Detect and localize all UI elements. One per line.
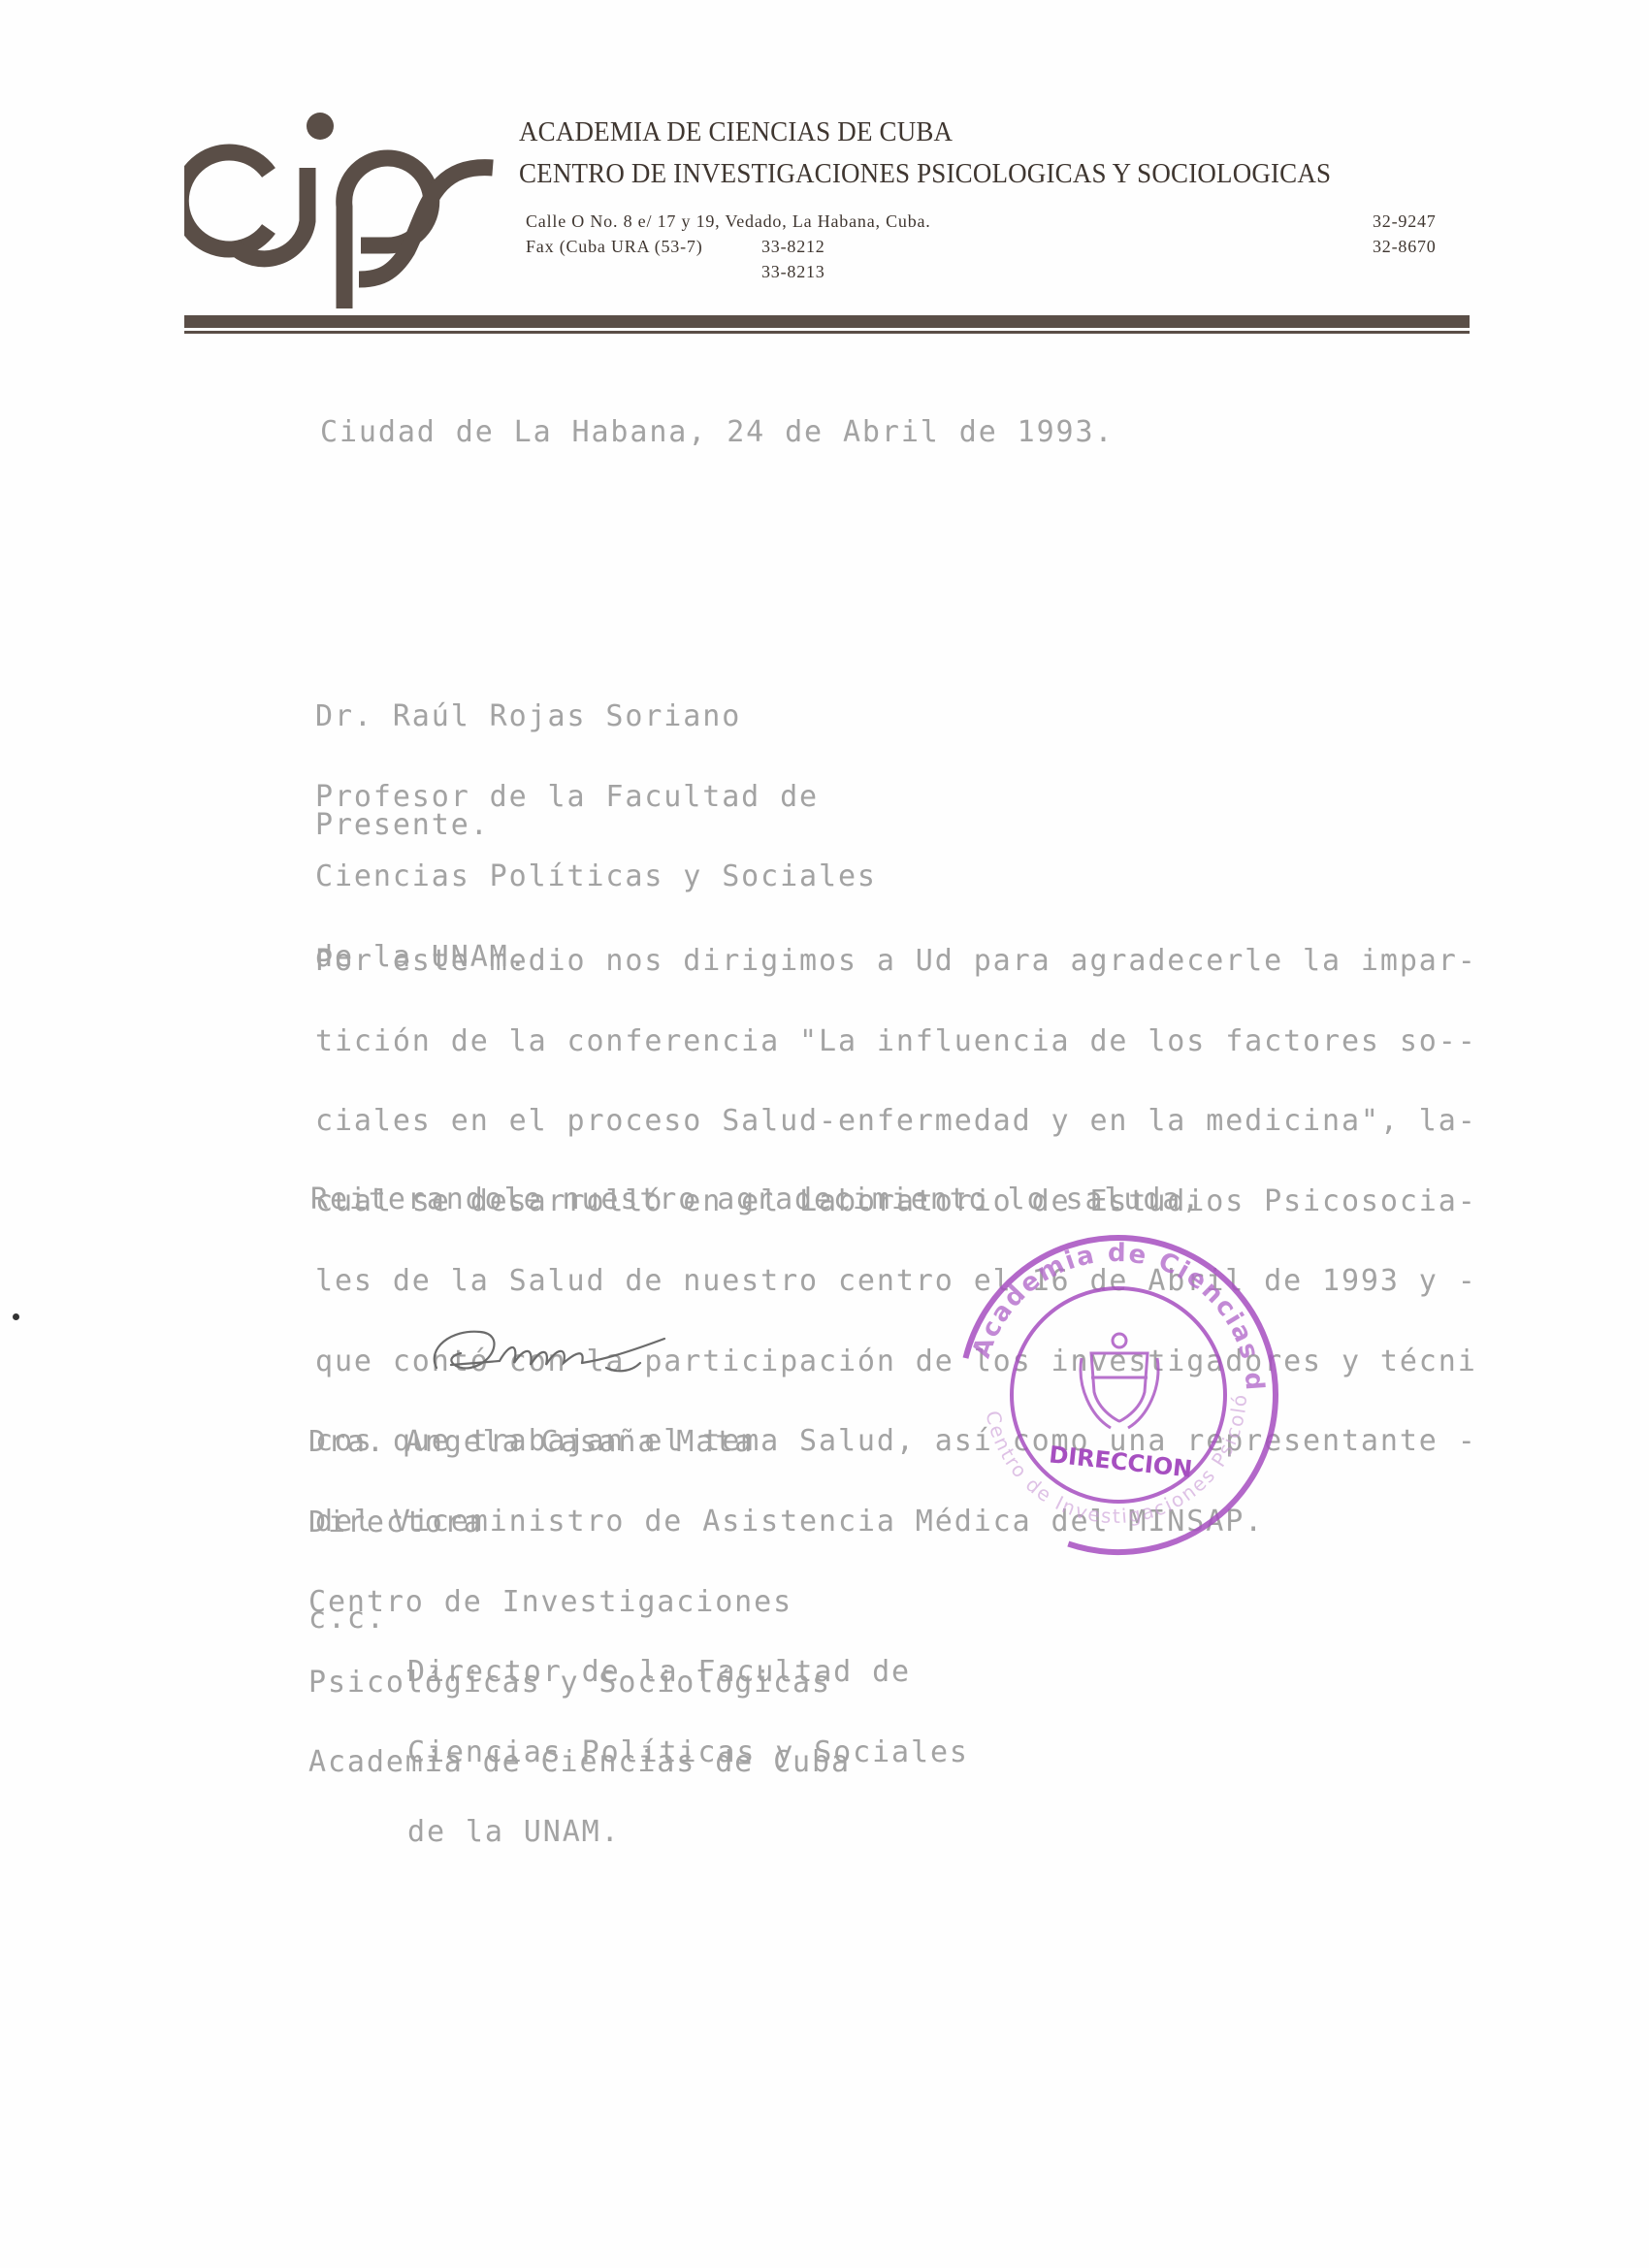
cc-line: de la UNAM.	[407, 1819, 969, 1846]
body-line: ciales en el proceso Salud-enfermedad y …	[315, 1108, 1477, 1135]
body-line: Por este medio nos dirigimos a Ud para a…	[315, 948, 1477, 975]
scan-speck	[13, 1313, 19, 1320]
fax-number: 33-8213	[761, 262, 825, 282]
cc-block: Director de la Facultad de Ciencias Polí…	[407, 1605, 969, 1872]
cips-logo-icon	[184, 105, 495, 313]
signatory-line: Directora	[308, 1509, 851, 1537]
fax-number: 33-8212	[761, 237, 825, 257]
cuban-coat-of-arms-icon	[1081, 1334, 1158, 1428]
address-line: Calle O No. 8 e/ 17 y 19, Vedado, La Hab…	[526, 211, 931, 232]
fax-label: Fax (Cuba URA (53-7)	[526, 237, 702, 257]
body-line: tición de la conferencia "La influencia …	[315, 1028, 1477, 1055]
stamp-center-label: DIRECCION	[1048, 1441, 1193, 1482]
recipient-line: Dr. Raúl Rojas Soriano	[315, 703, 877, 730]
body-line: les de la Salud de nuestro centro el 16 …	[315, 1268, 1477, 1295]
recipient-line: Profesor de la Facultad de	[315, 784, 877, 811]
phone-number: 32-8670	[1373, 237, 1437, 257]
official-stamp: Academia de Ciencias de Cuba Centro de I…	[946, 1222, 1285, 1562]
signatory-line: Dra. Angela Casaña Mata	[308, 1429, 851, 1456]
cc-label: c.c.	[308, 1605, 386, 1633]
institution-name-line2: CENTRO DE INVESTIGACIONES PSICOLOGICAS Y…	[519, 158, 1331, 190]
letterhead-rule-thin	[184, 331, 1470, 334]
cc-line: Director de la Facultad de	[407, 1659, 969, 1686]
cc-line: Ciencias Políticas y Sociales	[407, 1739, 969, 1766]
phone-number: 32-9247	[1373, 211, 1437, 232]
closing-line: Reiterandole nuestro agradecimiento lo s…	[310, 1186, 1201, 1214]
date-line: Ciudad de La Habana, 24 de Abril de 1993…	[320, 419, 1114, 446]
salutation: Presente.	[315, 812, 490, 839]
letterhead-rule-thick	[184, 315, 1470, 328]
recipient-line: Ciencias Políticas y Sociales	[315, 863, 877, 891]
institution-name-line1: ACADEMIA DE CIENCIAS DE CUBA	[519, 116, 953, 148]
